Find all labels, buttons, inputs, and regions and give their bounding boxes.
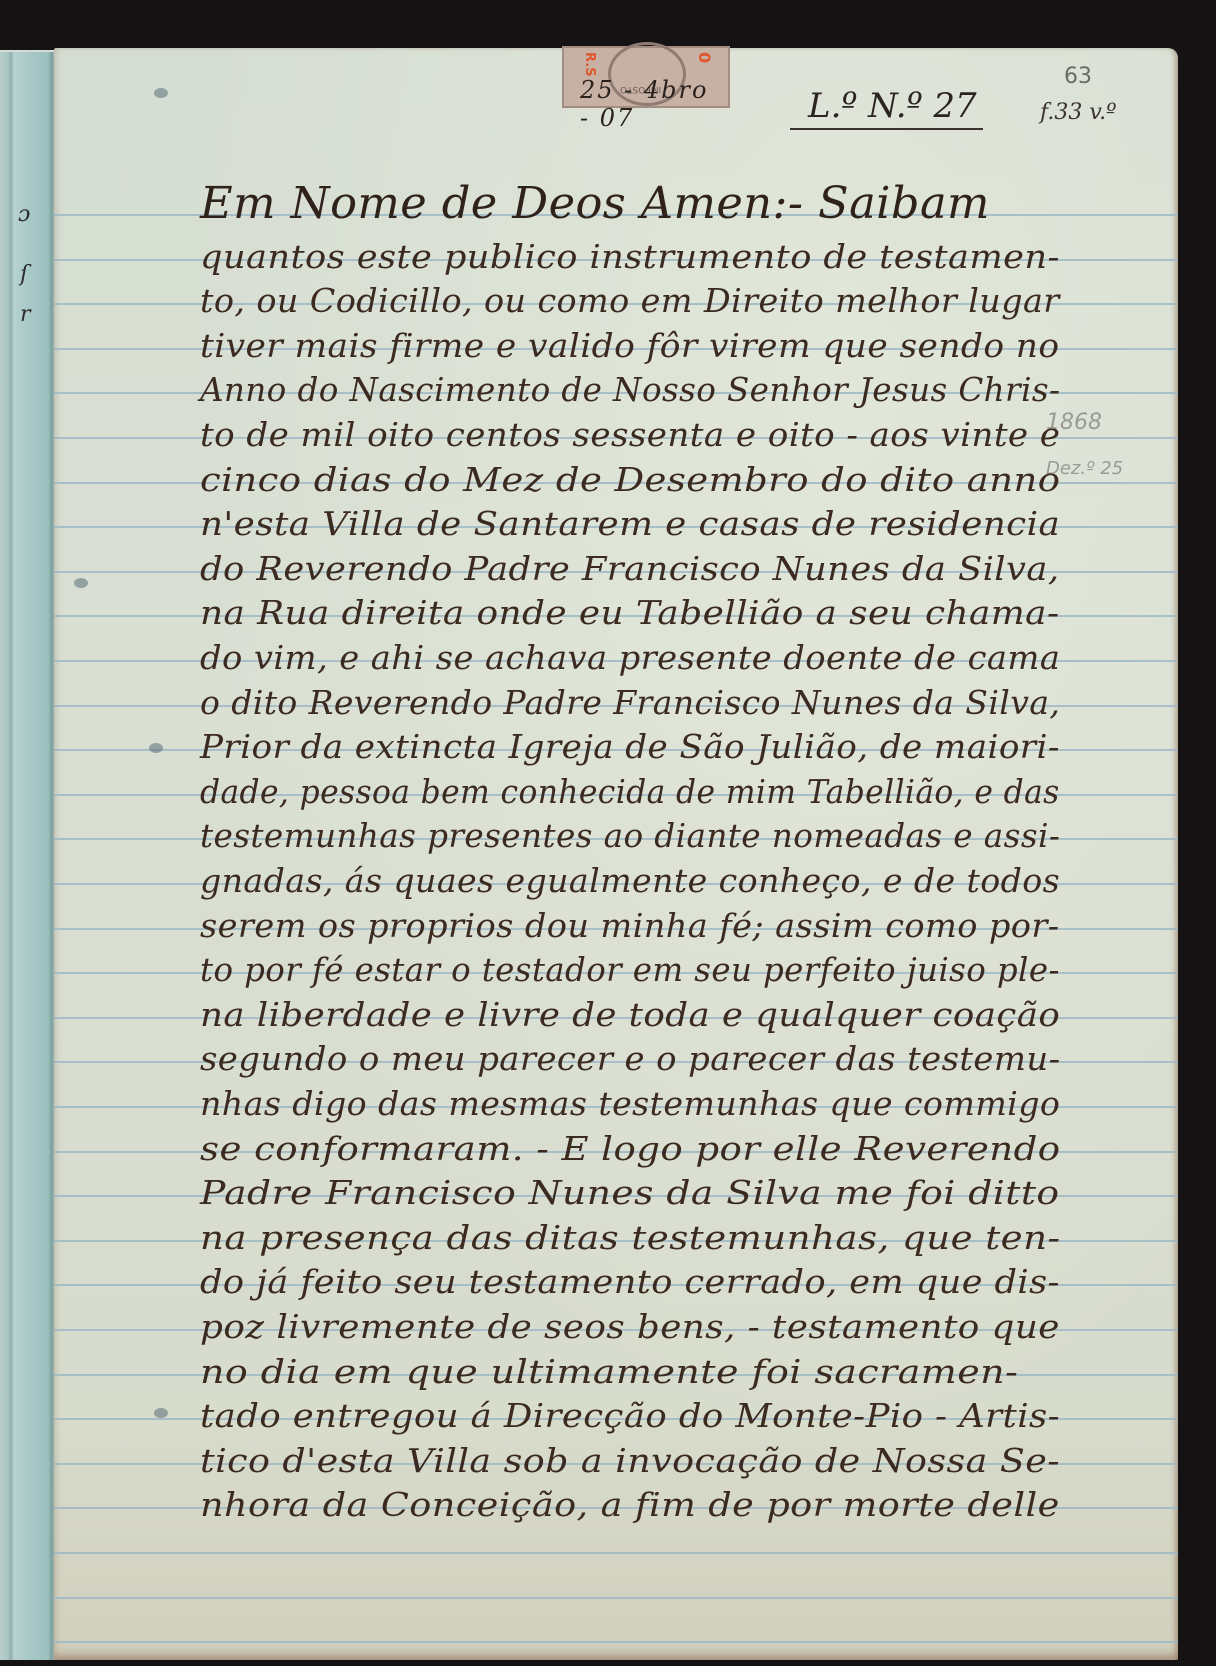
stamp-cancel-date: 25 - 4bro - 07 [580,76,728,132]
ink-blot [154,88,168,98]
manuscript-line: na Rua direita onde eu Tabellião a seu c… [200,593,1060,632]
binding-mark: r [20,302,31,327]
manuscript-line: o dito Reverendo Padre Francisco Nunes d… [200,683,1060,722]
manuscript-line: na liberdade e livre de toda e qualquer … [200,995,1060,1034]
manuscript-line: tiver mais firme e valido fôr virem que … [200,326,1060,365]
manuscript-line: Prior da extincta Igreja de São Julião, … [200,727,1060,766]
ink-blot [74,578,88,588]
manuscript-line: serem os proprios dou minha fé; assim co… [200,906,1060,945]
manuscript-scan: ɔ ſ r R.S 0 IMPOSTO 25 - 4bro - 07 63 L.… [0,0,1216,1666]
binding-mark: ſ [20,262,28,287]
manuscript-line: quantos este publico instrumento de test… [200,237,1060,276]
revenue-stamp: R.S 0 IMPOSTO 25 - 4bro - 07 [562,46,730,108]
manuscript-line: n'esta Villa de Santarem e casas de resi… [200,504,1060,543]
manuscript-line: do vim, e ahi se achava presente doente … [200,638,1060,677]
manuscript-line: nhora da Conceição, a fim de por morte d… [200,1485,1060,1524]
manuscript-line: Padre Francisco Nunes da Silva me foi di… [200,1173,1060,1212]
manuscript-line: tico d'esta Villa sob a invocação de Nos… [200,1441,1060,1480]
manuscript-line: tado entregou á Direcção do Monte-Pio - … [200,1396,1060,1435]
folio-reference: f.33 v.º [1040,100,1117,125]
manuscript-line: to por fé estar o testador em seu perfei… [200,950,1060,989]
stamp-value-right: 0 [695,52,714,63]
ruled-line [54,1597,1178,1599]
stamp-value-left: R.S [582,52,597,77]
pencil-page-number: 63 [1064,64,1092,89]
manuscript-line: Em Nome de Deos Amen:- Saibam [200,178,990,229]
manuscript-line: no dia em que ultimamente foi sacramen- [200,1352,1018,1391]
ruled-line [54,1641,1178,1643]
manuscript-line: Anno do Nascimento de Nosso Senhor Jesus… [200,370,1060,409]
manuscript-line: nhas digo das mesmas testemunhas que com… [200,1084,1060,1123]
ink-blot [149,743,163,753]
binding-strip: ɔ ſ r [0,50,56,1660]
manuscript-line: se conformaram. - E logo por elle Revere… [200,1129,1060,1168]
manuscript-line: do já feito seu testamento cerrado, em q… [200,1262,1060,1301]
ruled-line [54,1552,1178,1554]
manuscript-line: cinco dias do Mez de Desembro do dito an… [200,460,1060,499]
binding-mark: ɔ [18,202,30,227]
manuscript-line: do Reverendo Padre Francisco Nunes da Si… [200,549,1060,588]
ink-blot [154,1408,168,1418]
book-reference: L.º N.º 27 [790,86,983,130]
manuscript-line: to, ou Codicillo, ou como em Direito mel… [200,281,1060,320]
manuscript-line: poz livremente de seos bens, - testament… [200,1307,1060,1346]
manuscript-line: na presença das ditas testemunhas, que t… [200,1218,1060,1257]
manuscript-line: dade, pessoa bem conhecida de mim Tabell… [200,772,1060,811]
manuscript-line: to de mil oito centos sessenta e oito - … [200,415,1060,454]
manuscript-line: segundo o meu parecer e o parecer das te… [200,1039,1060,1078]
manuscript-line: gnadas, ás quaes egualmente conheço, e d… [200,861,1060,900]
manuscript-line: testemunhas presentes ao diante nomeadas… [200,816,1060,855]
